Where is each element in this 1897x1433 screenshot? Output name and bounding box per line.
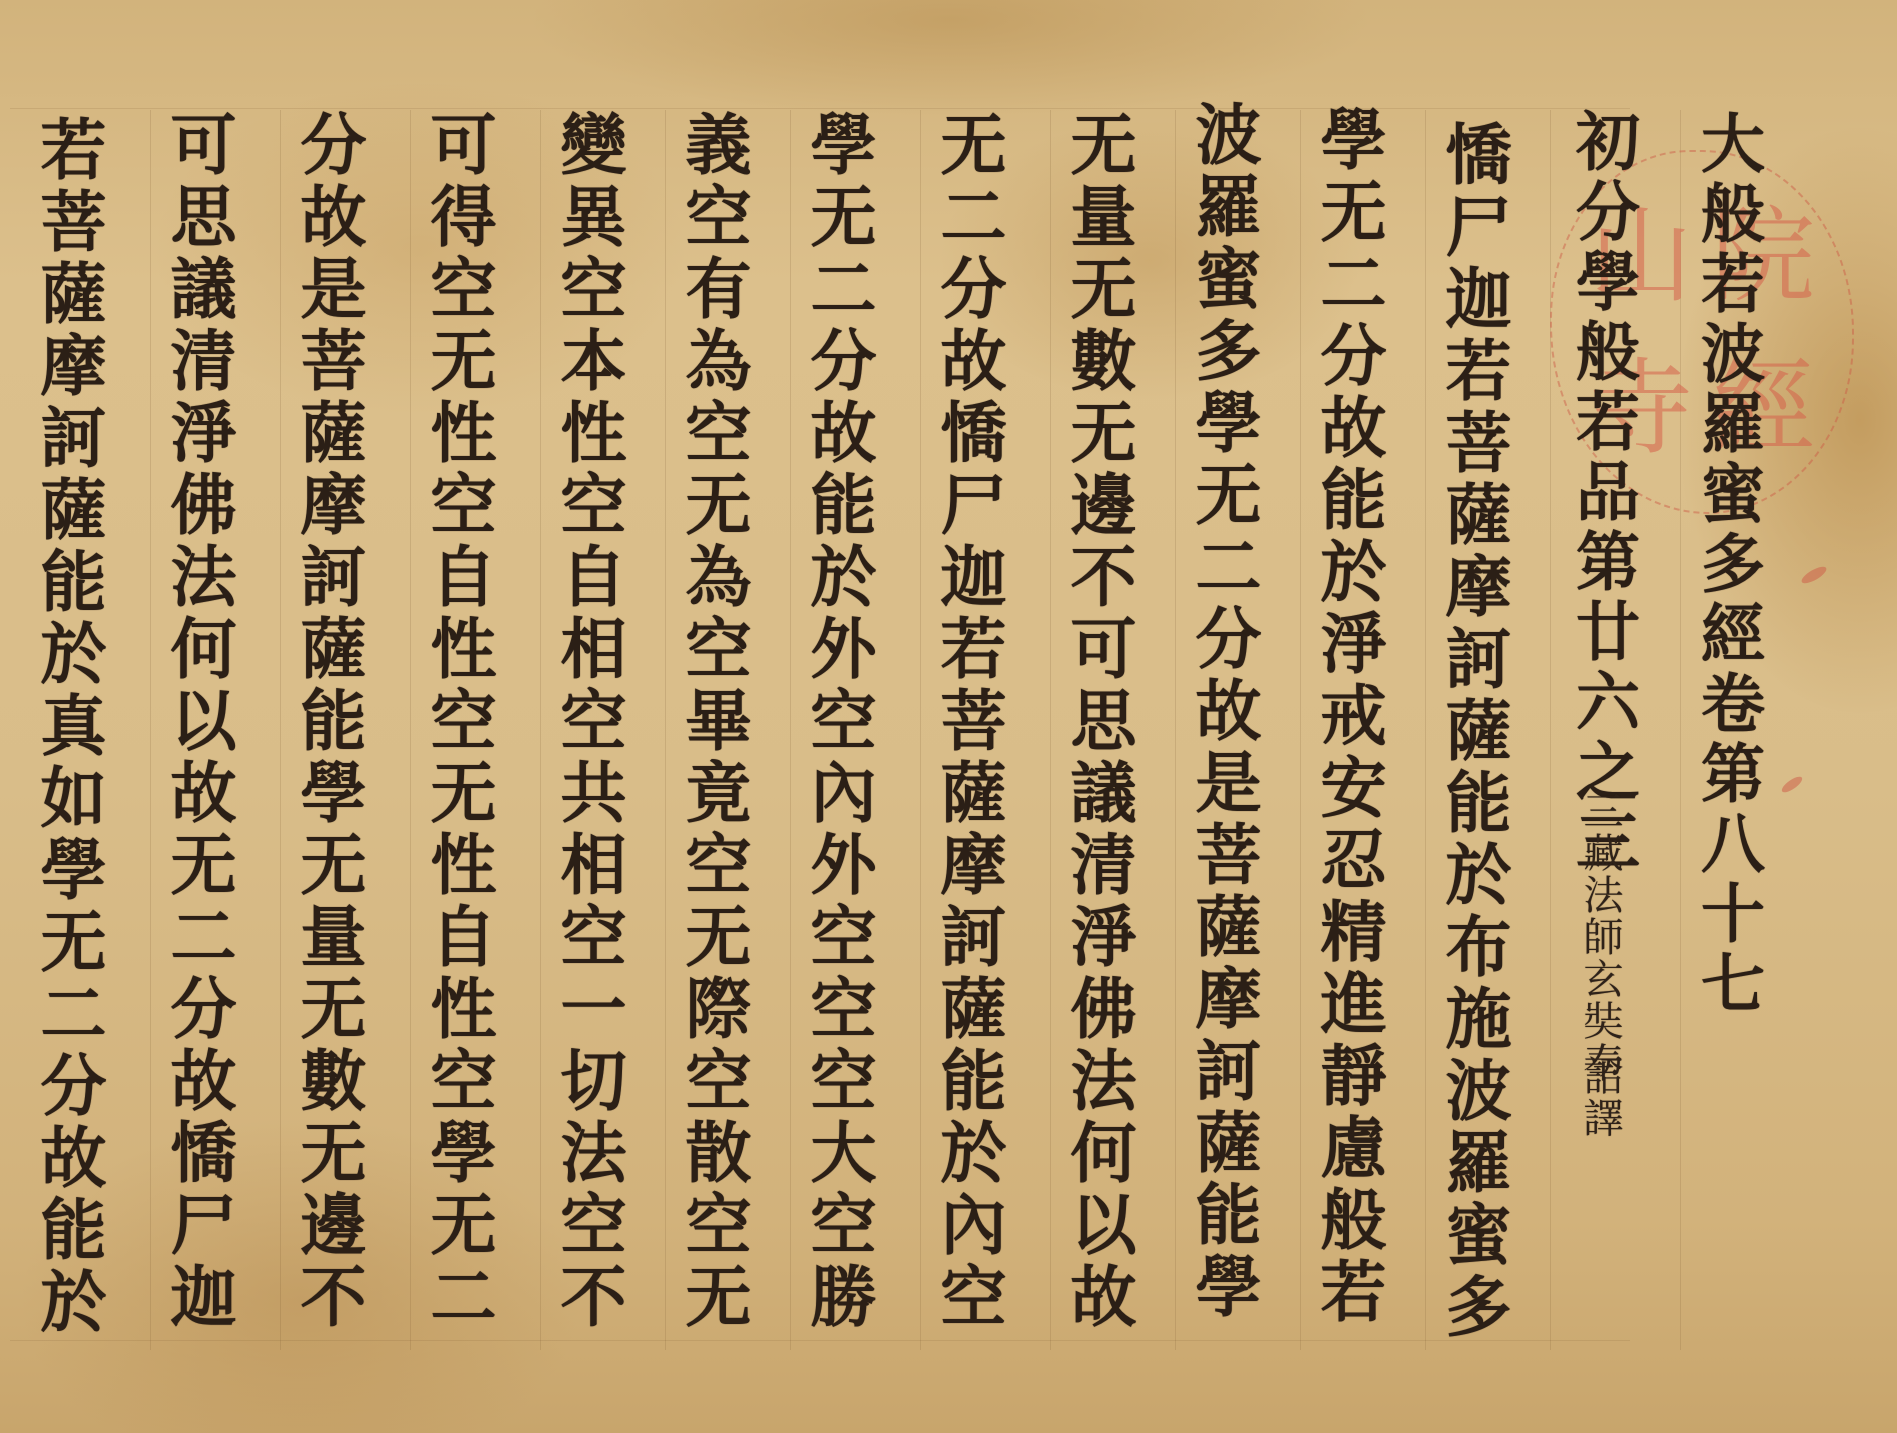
top-ruling-line bbox=[10, 108, 1630, 109]
chapter-title: 初分學般若品第廿六之三 bbox=[1570, 108, 1634, 878]
column-ruling-line bbox=[790, 110, 791, 1350]
column-ruling-line bbox=[920, 110, 921, 1350]
manuscript-page: 山 院 寺 經 大般若波羅蜜多經卷第八十七 初分學般若品第廿六之三 三藏法師玄奘… bbox=[0, 0, 1897, 1433]
text-column: 憍尸迦若菩薩摩訶薩能於布施波羅蜜多 bbox=[1440, 120, 1506, 1344]
text-column: 學无二分故能於外空內外空空空大空勝 bbox=[805, 110, 871, 1334]
text-column: 若菩薩摩訶薩能於真如學无二分故能於 bbox=[35, 115, 101, 1339]
text-column: 可得空无性空自性空无性自性空學无二 bbox=[425, 110, 491, 1334]
text-column: 變異空本性空自相空共相空一切法空不 bbox=[555, 110, 621, 1334]
text-column: 分故是菩薩摩訶薩能學无量无數无邊不 bbox=[295, 110, 361, 1334]
column-ruling-line bbox=[1050, 110, 1051, 1350]
column-ruling-line bbox=[1680, 110, 1681, 1350]
column-ruling-line bbox=[280, 110, 281, 1350]
text-column: 无量无數无邊不可思議清淨佛法何以故 bbox=[1065, 110, 1131, 1334]
imperial-decree-credit: 詔譯 bbox=[1580, 1055, 1620, 1139]
column-ruling-line bbox=[410, 110, 411, 1350]
column-ruling-line bbox=[1425, 110, 1426, 1350]
text-column: 波羅蜜多學无二分故是菩薩摩訶薩能學 bbox=[1190, 100, 1256, 1324]
text-column: 學无二分故能於淨戒安忍精進靜慮般若 bbox=[1315, 105, 1381, 1329]
column-ruling-line bbox=[150, 110, 151, 1350]
text-column: 可思議清淨佛法何以故无二分故憍尸迦 bbox=[165, 110, 231, 1334]
column-ruling-line bbox=[540, 110, 541, 1350]
translator-credit: 三藏法師玄奘奉 bbox=[1580, 790, 1620, 1084]
text-column: 義空有為空无為空畢竟空无際空散空无 bbox=[680, 110, 746, 1334]
column-ruling-line bbox=[665, 110, 666, 1350]
column-ruling-line bbox=[1550, 110, 1551, 1350]
seal-ink-mark bbox=[1799, 564, 1828, 587]
column-ruling-line bbox=[1175, 110, 1176, 1350]
text-column: 无二分故憍尸迦若菩薩摩訶薩能於內空 bbox=[935, 110, 1001, 1334]
column-ruling-line bbox=[1300, 110, 1301, 1350]
sutra-title: 大般若波羅蜜多經卷第八十七 bbox=[1695, 110, 1759, 1020]
seal-ink-mark bbox=[1780, 774, 1805, 795]
bottom-ruling-line bbox=[10, 1340, 1630, 1341]
